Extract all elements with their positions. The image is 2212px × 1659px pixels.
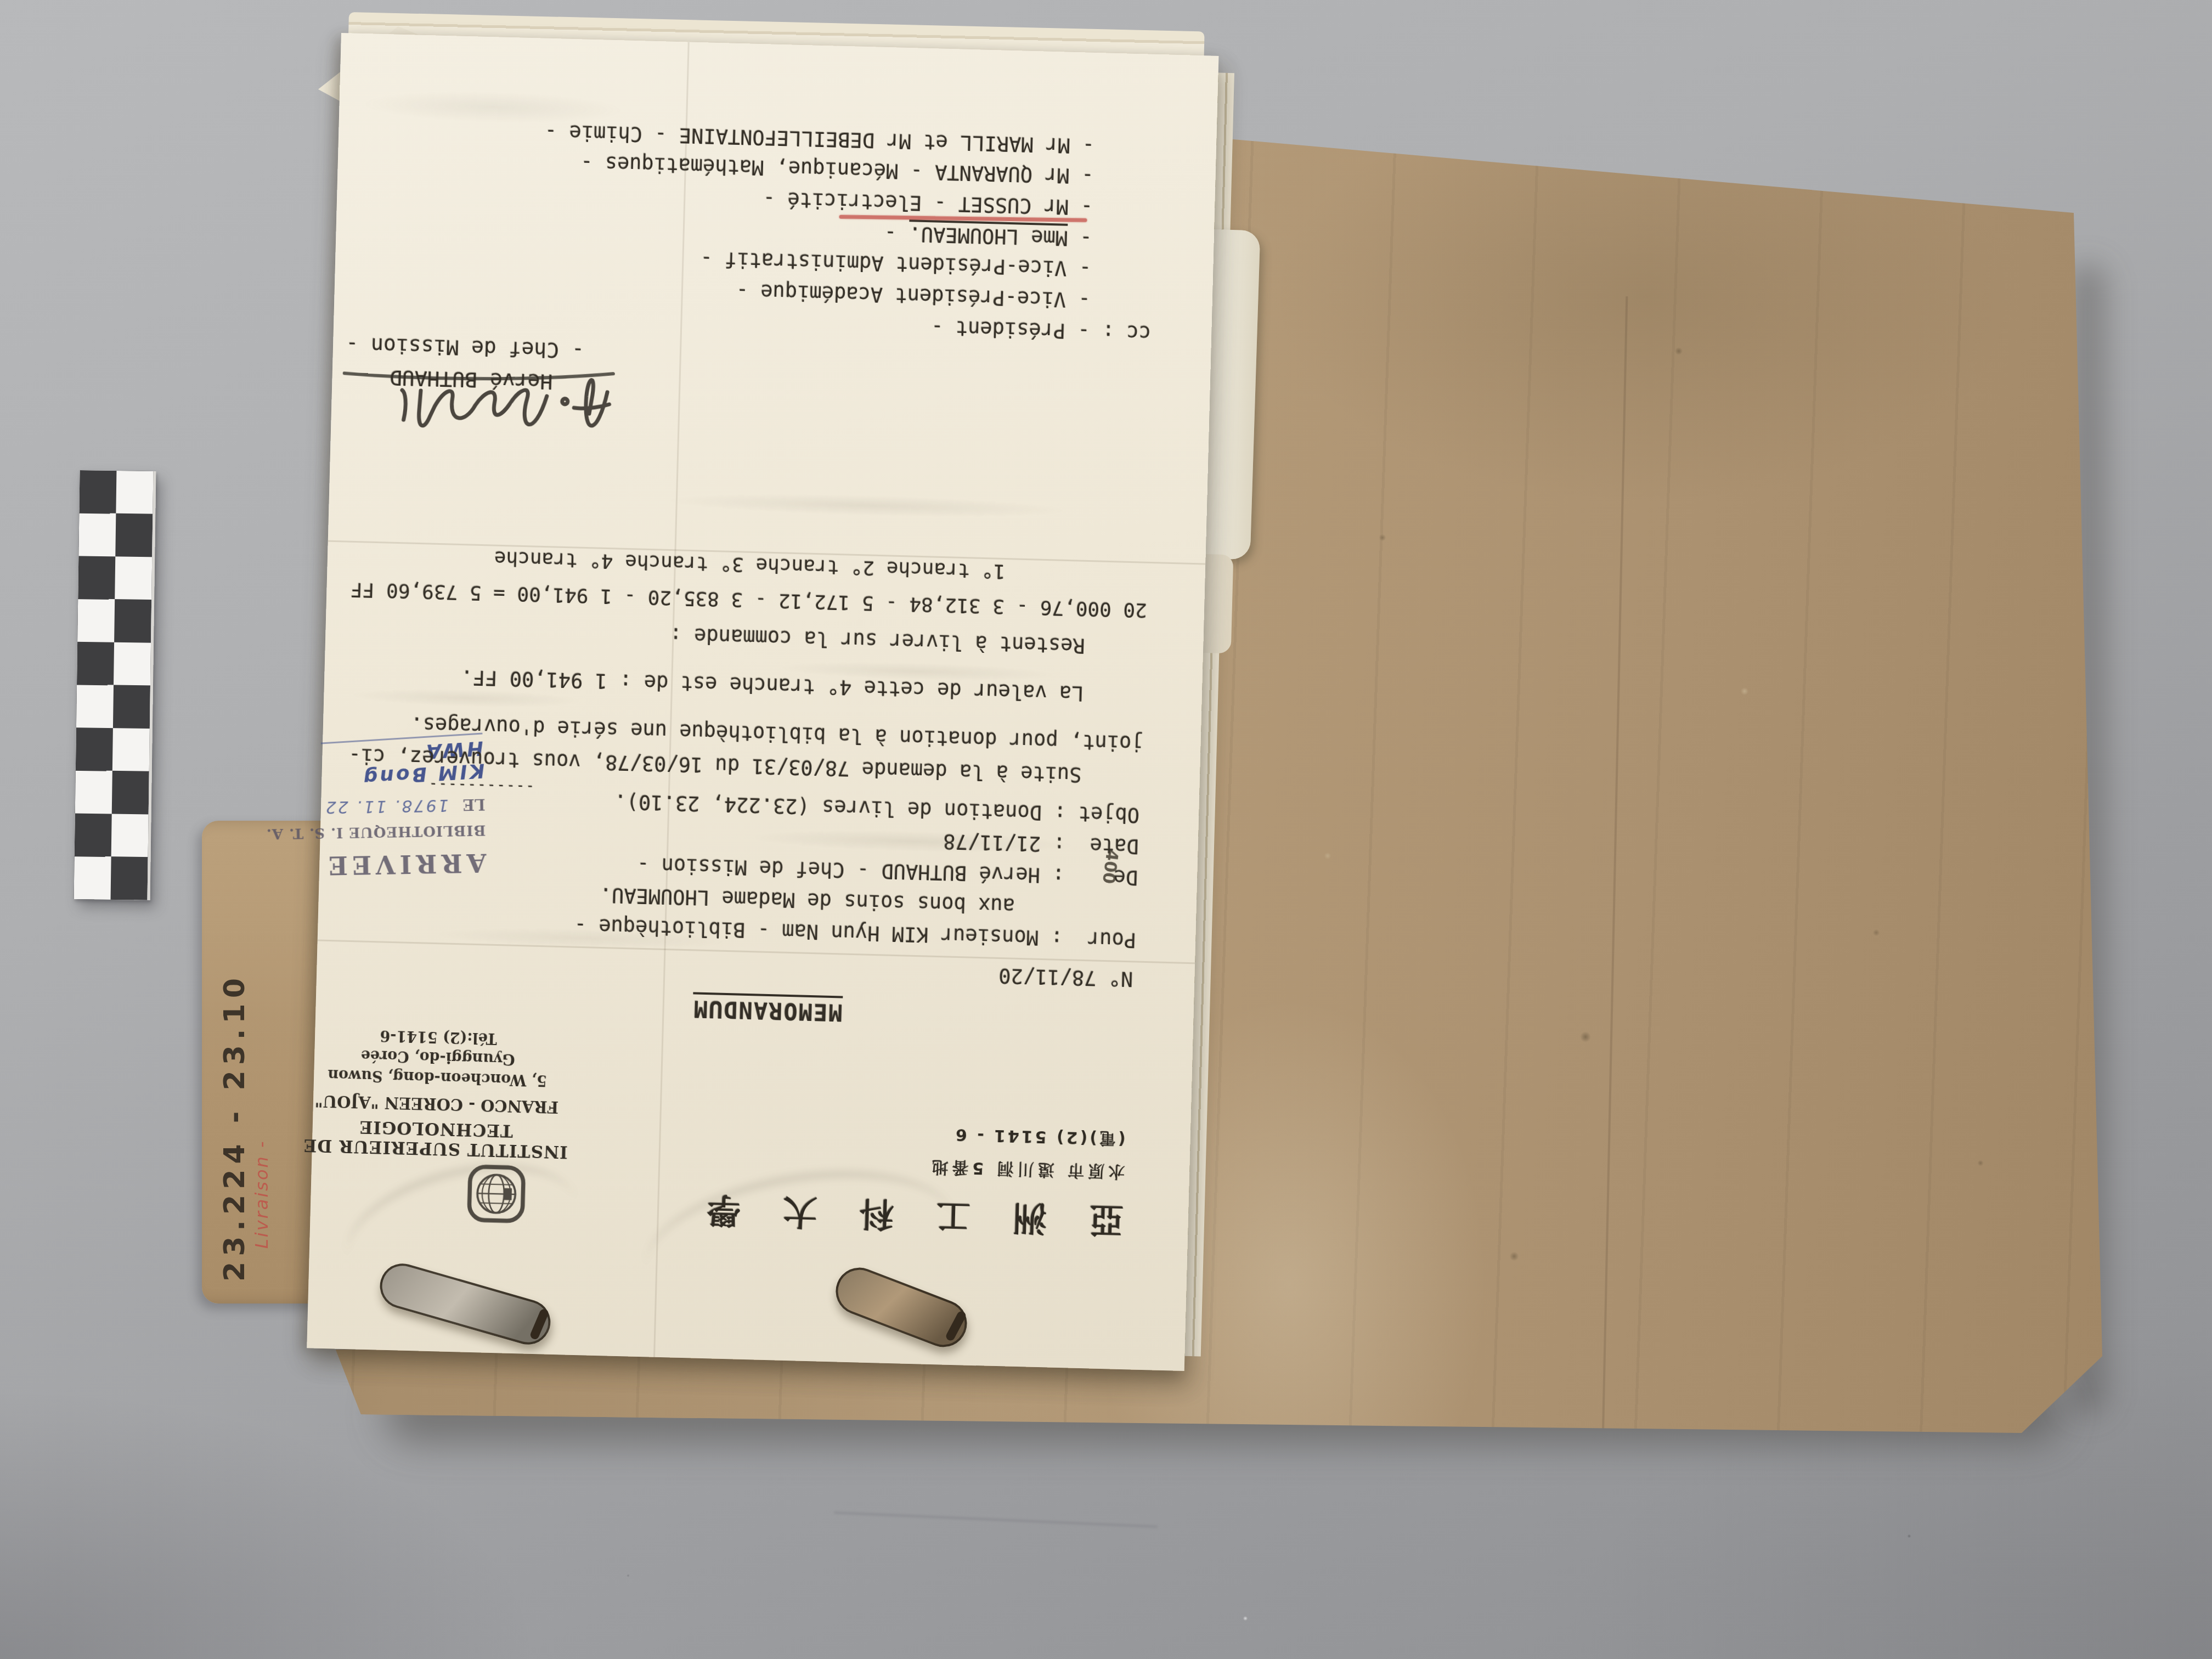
- stamp-date-line: LE1978. 11. 22: [287, 795, 486, 817]
- cc-item: - Mr CUSSET - Electricité -: [763, 187, 1093, 219]
- cc-item: - Vice-Président Administratif -: [700, 247, 1092, 281]
- body-line-3: La valeur de cette 4° tranche est de : 1…: [460, 665, 1145, 707]
- korean-phone: (電)(2) 5141 - 6: [693, 1117, 1126, 1153]
- tab-code-red: Livraison -: [251, 1139, 272, 1249]
- folder-spine-crease: [1600, 296, 1628, 1520]
- memo-title: MEMORANDUM: [692, 992, 843, 1026]
- stamp-handwritten-date: 1978. 11. 22: [324, 795, 448, 817]
- cc-heading: cc : - Président -: [931, 315, 1152, 345]
- cc-item-suffix: -: [884, 222, 909, 246]
- checkerboard-scale-bar: [74, 470, 156, 900]
- memorandum-document-rotated: 亞 洲 工 科 大 學 水原市 遠川洞 5番地 (電)(2) 5141 - 6 …: [307, 33, 1218, 1371]
- arrival-stamp: ARRIVEE BIBLIOTHEQUE I. S. T. A. LE1978.…: [287, 795, 487, 881]
- amounts-line: 20 000,76 - 3 312,84 - 5 172,12 - 3 835,…: [351, 578, 1148, 622]
- letterhead-french-block: INSTITUT SUPERIEUR DE TECHNOLOGIE FRANCO…: [254, 1024, 619, 1163]
- handwritten-signature: [330, 351, 618, 458]
- tab-code-black: 23.224 - 23.10: [218, 973, 251, 1282]
- cc-item-underlined-name: Mme LHOUMEAU.: [909, 219, 1068, 250]
- stamp-le-label: LE: [462, 795, 486, 814]
- header-line-objet: Objet : Donation de livres (23.224, 23.1…: [614, 786, 1140, 831]
- cc-item-prefix: -: [1068, 227, 1093, 251]
- cc-item-lhoumeau: - Mme LHOUMEAU. -: [884, 222, 1092, 251]
- fold-crease-vertical: [653, 42, 690, 1357]
- stamp-arrivee: ARRIVEE: [289, 848, 487, 881]
- signature-typed-name: Hervé BUTHAUD: [390, 366, 553, 394]
- institute-subtitle: FRANCO - COREEN "AJOU": [256, 1090, 618, 1118]
- body-line-4: Restent à livrer sur la commande :: [669, 623, 1147, 659]
- cc-item: - Vice-Président Académique -: [736, 279, 1091, 312]
- memo-ref-number: N° 78/11/20: [998, 964, 1133, 991]
- floor-scratch-mark: [834, 1511, 1158, 1528]
- memorandum-page: 亞 洲 工 科 大 學 水原市 遠川洞 5番地 (電)(2) 5141 - 6 …: [307, 33, 1218, 1371]
- stamp-org: BIBLIOTHEQUE I. S. T. A.: [288, 822, 486, 842]
- archive-photo: 23.224 - 23.10 Livraison - 亞 洲 工 科 大 學 水…: [0, 0, 2212, 1659]
- cc-item: - Mr QUARANTA - Mécanique, Mathématiques…: [580, 151, 1094, 188]
